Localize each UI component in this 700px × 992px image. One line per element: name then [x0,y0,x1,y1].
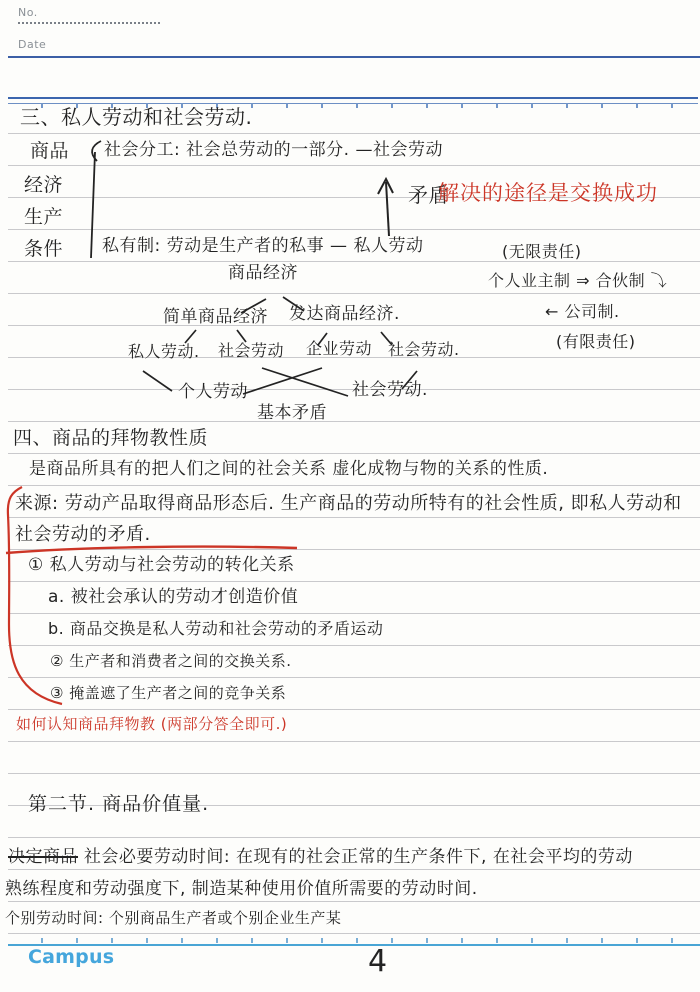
notebook-page: No. Date 三、私人劳动和社会劳动. 商品 经济 [0,0,700,992]
diagram-caption-basic-contradiction: 基本矛盾 [257,404,327,424]
diagram-individual-labor: 个人劳动 [178,383,248,403]
corporation-note: ← 公司制. [545,303,620,321]
unlimited-liability-note: (无限责任) [502,243,582,261]
struck-text: 决定商品 [8,847,78,867]
snlt-definition-start: 社会必要劳动时间: 在现有的社会正常的生产条件下, 在社会平均的劳动 [78,847,633,867]
individual-time-line: 个别劳动时间: 个别商品生产者或个别企业生产某 [5,910,341,927]
snlt-line-2: 熟练程度和劳动强度下, 制造某种使用价值所需要的劳动时间. [5,880,478,900]
date-line [8,56,700,58]
diagram-social-labor-2: 社会劳动. [388,341,460,359]
fetishism-definition: 是商品所具有的把人们之间的社会关系 虚化成物与物的关系的性质. [29,460,548,480]
snlt-line-1: 决定商品 社会必要劳动时间: 在现有的社会正常的生产条件下, 在社会平均的劳动 [8,848,633,868]
diagram-social-labor-3: 社会劳动. [352,381,428,401]
left-term-condition: 条件 [24,239,63,261]
left-term-economy: 经济 [24,175,63,197]
no-label: No. [18,6,38,19]
proprietorship-note: 个人业主制 ⇒ 合伙制 ⤵ [488,272,667,290]
diagram-developed-economy: 发达商品经济. [289,305,400,325]
section1-title: 三、私人劳动和社会劳动. [20,106,252,129]
source-line-2: 社会劳动的矛盾. [15,525,151,546]
red-question-note: 如何认知商品拜物教 (两部分答全即可.) [16,716,287,733]
list-item-1a: a. 被社会承认的劳动才创造价值 [48,588,298,608]
section2-title: 第二节. 商品价值量. [28,794,209,816]
list-item-3: ③ 掩盖遮了生产者之间的竞争关系 [50,685,286,702]
section4-title: 四、商品的拜物教性质 [13,428,208,450]
diagram-social-labor-1: 社会劳动 [218,342,284,360]
left-term-production: 生产 [24,207,63,229]
no-dotted-line [18,22,160,24]
date-label: Date [18,38,46,51]
diagram-enterprise-labor: 企业劳动 [306,340,372,358]
footer-rule-ticks [8,938,700,943]
list-item-2: ② 生产者和消费者之间的交换关系. [50,653,292,670]
diagram-private-labor: 私人劳动. [128,343,200,361]
page-number: 4 [368,944,387,979]
campus-logo: Campus [28,946,114,968]
diagram-simple-economy: 简单商品经济 [163,308,268,328]
left-term-commodity: 商品 [30,141,69,163]
limited-liability-note: (有限责任) [556,333,636,351]
division-of-labor-line: 社会分工: 社会总劳动的一部分. —社会劳动 [104,141,443,161]
list-item-1b: b. 商品交换是私人劳动和社会劳动的矛盾运动 [48,620,383,638]
private-ownership-line: 私有制: 劳动是生产者的私事 — 私人劳动 [102,237,423,257]
contradiction-note-red: 解决的途径是交换成功 [438,181,658,205]
source-line-1: 来源: 劳动产品取得商品形态后. 生产商品的劳动所特有的社会性质, 即私人劳动和 [15,494,682,515]
list-item-1: ① 私人劳动与社会劳动的转化关系 [28,556,295,576]
diagram-root: 商品经济 [228,264,298,284]
